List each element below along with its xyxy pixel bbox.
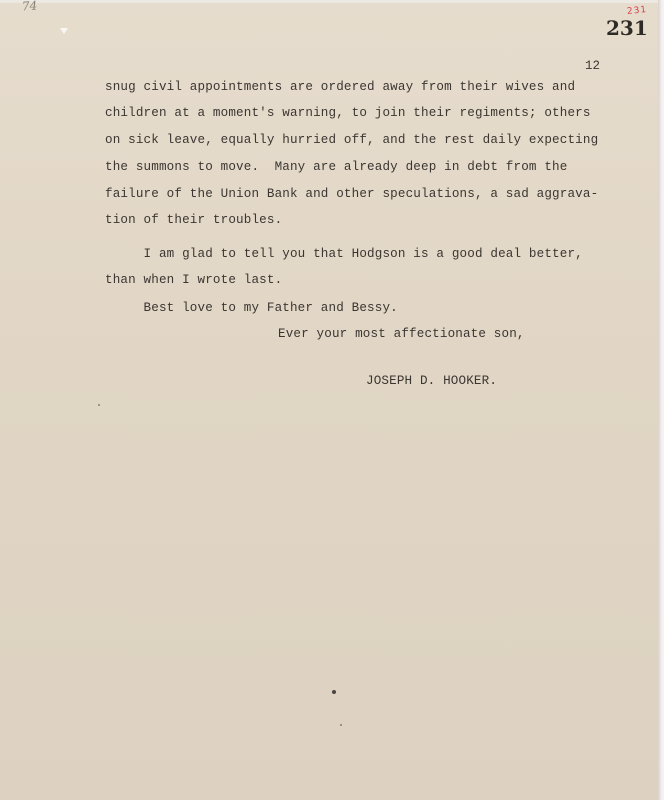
body-line: snug civil appointments are ordered away… [105,80,575,94]
body-line: than when I wrote last. [105,273,282,287]
archive-folio-number: 231 [606,16,648,40]
letter-closing: Ever your most affectionate son, [278,327,525,341]
page-right-edge [658,0,664,800]
page-top-edge [0,0,664,3]
body-line: I am glad to tell you that Hodgson is a … [105,247,583,261]
pencil-folio-mark: 74 [22,0,38,14]
body-line: failure of the Union Bank and other spec… [105,187,598,201]
body-line: the summons to move. Many are already de… [105,160,567,174]
ink-speck [332,690,336,694]
body-line: Best love to my Father and Bessy. [105,301,398,315]
ink-speck [98,404,100,406]
ink-speck [340,724,342,726]
page-number: 12 [585,59,600,73]
body-line: on sick leave, equally hurried off, and … [105,133,598,147]
archive-folio-correction: 231 [627,5,648,17]
paper-hole-mark [60,28,68,34]
letter-signature: JOSEPH D. HOOKER. [366,374,497,388]
body-line: children at a moment's warning, to join … [105,106,591,120]
document-page [0,0,658,800]
body-line: tion of their troubles. [105,213,282,227]
